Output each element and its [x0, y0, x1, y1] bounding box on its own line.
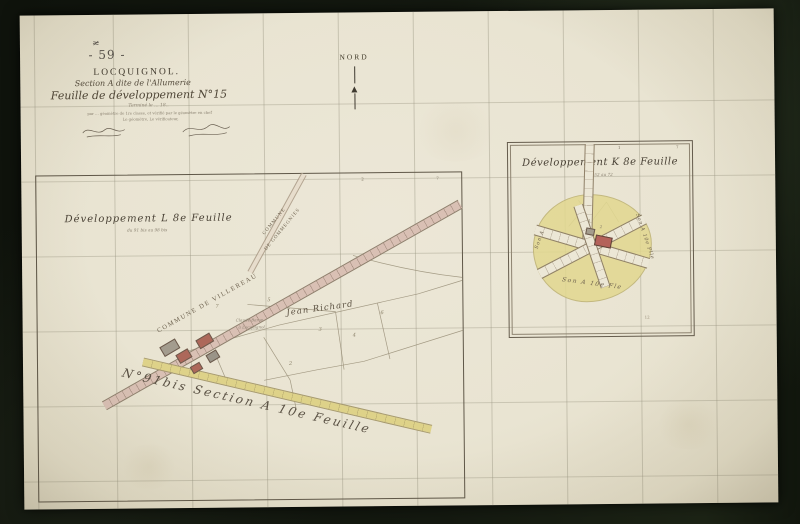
parcel-number: 5 [267, 297, 270, 303]
section-title: Section A dite de l'Allumerie [40, 78, 225, 89]
parcel-number: 3 [319, 327, 322, 333]
north-arrow [354, 66, 355, 83]
parcel-number: 7 [215, 304, 218, 310]
inset-parcel-number: 2 [600, 224, 603, 229]
parcel-lines [36, 172, 464, 501]
inset-building [585, 227, 595, 236]
signature-flourish-right [179, 118, 234, 141]
map-sheet: ≠ - 59 - LOCQUIGNOL. Section A dite de l… [20, 8, 779, 509]
junction-note-line-2: à Locquignol [221, 324, 283, 330]
photo-background: { "marks": { "collation": "≠", "page_num… [0, 0, 800, 524]
inset-parcel-number: 4 [588, 218, 591, 223]
parcel-number: 2 [289, 361, 292, 367]
north-arrow-stem [354, 93, 355, 109]
parcel-number: 4 [353, 332, 356, 338]
parcel-number: 6 [380, 310, 383, 316]
sheet-title: Feuille de développement N°15 [36, 88, 241, 103]
main-map-frame: Développement L 8e Feuille du 91 bis au … [35, 171, 465, 502]
signature-flourish-left [79, 121, 129, 141]
page-number: - 59 - [76, 47, 138, 62]
north-label: NORD [328, 52, 380, 61]
inset-corner-note: 12 [645, 315, 650, 320]
north-arrow-head [351, 86, 357, 92]
commune-title: LOCQUIGNOL. [64, 67, 209, 78]
